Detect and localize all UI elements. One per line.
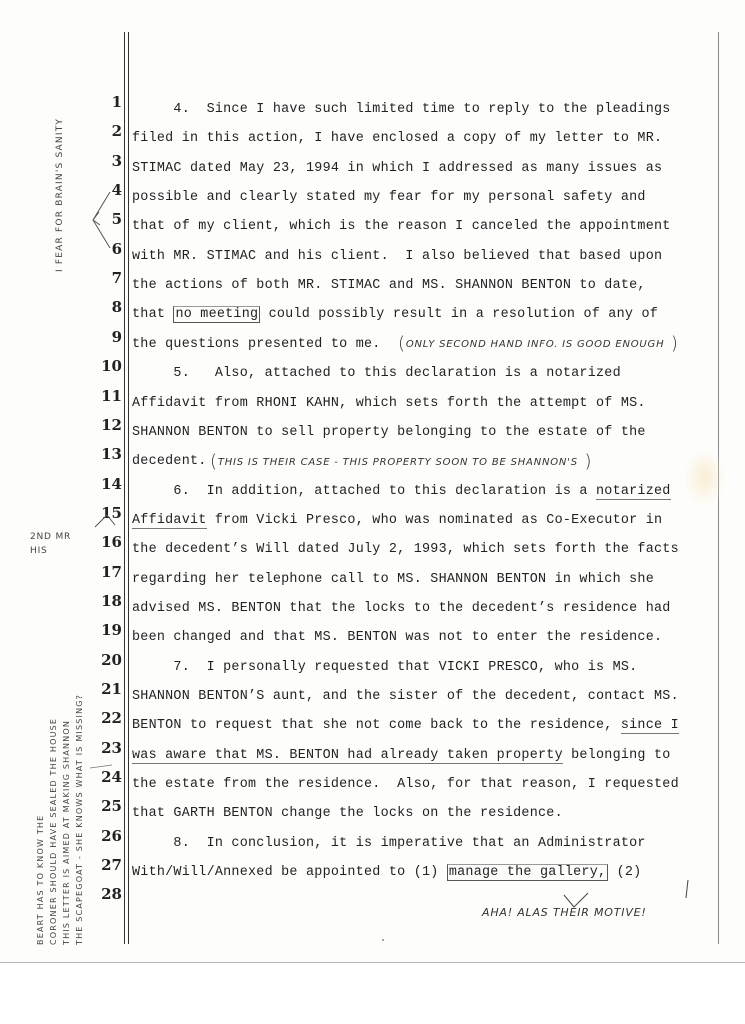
line-number: 25 bbox=[101, 797, 122, 815]
text-segment: belonging to bbox=[563, 748, 671, 763]
text-line: SHANNON BENTON to sell property belongin… bbox=[132, 424, 646, 442]
text-line: that of my client, which is the reason I… bbox=[132, 218, 671, 236]
line-number: 14 bbox=[101, 475, 122, 493]
text-line: SHANNON BENTON’S aunt, and the sister of… bbox=[132, 688, 679, 706]
text-line: STIMAC dated May 23, 1994 in which I add… bbox=[132, 160, 662, 178]
margin-note-his: HIS bbox=[30, 546, 48, 556]
text-line: that no meeting could possibly result in… bbox=[132, 306, 658, 324]
text-segment: With/Will/Annexed be appointed to (1) bbox=[132, 865, 447, 880]
text-line: the estate from the residence. Also, for… bbox=[132, 776, 679, 794]
text-line: filed in this action, I have enclosed a … bbox=[132, 130, 662, 148]
line-number: 2 bbox=[112, 122, 122, 140]
scan-background bbox=[0, 963, 745, 1024]
line-number: 9 bbox=[112, 328, 122, 346]
text-line: With/Will/Annexed be appointed to (1) ma… bbox=[132, 864, 641, 882]
line-number: 21 bbox=[101, 680, 122, 698]
line-number: 7 bbox=[112, 269, 122, 287]
text-line: advised MS. BENTON that the locks to the… bbox=[132, 600, 671, 618]
line-number: 6 bbox=[112, 240, 122, 258]
text-line: the decedent’s Will dated July 2, 1993, … bbox=[132, 541, 679, 559]
margin-note-coroner-2: CORONER SHOULD HAVE SEALED THE HOUSE bbox=[49, 718, 58, 945]
line-number: 17 bbox=[101, 563, 122, 581]
line-number: 16 bbox=[101, 533, 122, 551]
text-line: that GARTH BENTON change the locks on th… bbox=[132, 805, 563, 823]
line-number: 15 bbox=[101, 504, 122, 522]
line-number: 10 bbox=[101, 357, 122, 375]
margin-note-coroner-1: BEART HAS TO KNOW THE bbox=[36, 815, 45, 945]
line-number: 18 bbox=[101, 592, 122, 610]
text-line: the actions of both MR. STIMAC and MS. S… bbox=[132, 277, 646, 295]
left-margin-rule-inner bbox=[128, 32, 129, 944]
handwritten-note-line-13: (THIS IS THEIR CASE - THIS PROPERTY SOON… bbox=[210, 451, 592, 472]
boxed-phrase: no meeting bbox=[173, 306, 260, 323]
left-margin-rule-outer bbox=[124, 32, 125, 944]
handwritten-note-motive: AHA! ALAS THEIR MOTIVE! bbox=[482, 906, 647, 919]
text-line: the questions presented to me. bbox=[132, 336, 389, 354]
underlined-phrase: was aware that MS. BENTON had already ta… bbox=[132, 748, 563, 764]
line-number: 24 bbox=[101, 768, 122, 786]
text-line: was aware that MS. BENTON had already ta… bbox=[132, 747, 671, 765]
text-segment: BENTON to request that she not come back… bbox=[132, 718, 621, 733]
line-number: 12 bbox=[101, 416, 122, 434]
line-number: 1 bbox=[112, 93, 122, 111]
line-number: 27 bbox=[101, 856, 122, 874]
margin-note-2nd-mr: 2ND MR bbox=[30, 532, 71, 542]
text-line: with MR. STIMAC and his client. I also b… bbox=[132, 248, 662, 266]
text-segment: 6. In addition, attached to this declara… bbox=[132, 484, 596, 499]
text-line: 5. Also, attached to this declaration is… bbox=[132, 365, 621, 383]
line-number: 23 bbox=[101, 739, 122, 757]
line-number: 8 bbox=[112, 298, 122, 316]
line-number: 20 bbox=[101, 651, 122, 669]
line-number: 19 bbox=[101, 621, 122, 639]
text-segment: from Vicki Presco, who was nominated as … bbox=[207, 513, 663, 528]
text-segment: (2) bbox=[608, 865, 641, 880]
line-number: 26 bbox=[101, 827, 122, 845]
line-number: 11 bbox=[101, 387, 122, 405]
text-line: Affidavit from Vicki Presco, who was nom… bbox=[132, 512, 662, 530]
text-line: 7. I personally requested that VICKI PRE… bbox=[132, 659, 637, 677]
handwritten-note-line-9: (ONLY SECOND HAND INFO. IS GOOD ENOUGH ) bbox=[398, 333, 679, 354]
text-line: 4. Since I have such limited time to rep… bbox=[132, 101, 671, 119]
boxed-phrase: manage the gallery, bbox=[447, 864, 608, 881]
line-number: 5 bbox=[112, 210, 122, 228]
text-line: 8. In conclusion, it is imperative that … bbox=[132, 835, 646, 853]
line-number: 3 bbox=[112, 152, 122, 170]
document-page: 1234567891011121314151617181920212223242… bbox=[0, 0, 745, 963]
line-number: 22 bbox=[101, 709, 122, 727]
text-segment: could possibly result in a resolution of… bbox=[260, 307, 658, 322]
text-line: possible and clearly stated my fear for … bbox=[132, 189, 646, 207]
underlined-phrase: Affidavit bbox=[132, 513, 207, 529]
text-line: decedent. bbox=[132, 453, 215, 471]
line-number: 28 bbox=[101, 885, 122, 903]
text-line: Affidavit from RHONI KAHN, which sets fo… bbox=[132, 395, 646, 413]
text-line: regarding her telephone call to MS. SHAN… bbox=[132, 571, 654, 589]
text-segment: that bbox=[132, 307, 173, 322]
margin-note-sanity: I FEAR FOR BRAIN'S SANITY bbox=[55, 118, 65, 272]
margin-note-coroner-3: THIS LETTER IS AIMED AT MAKING SHANNON bbox=[62, 720, 71, 945]
line-number: 13 bbox=[101, 445, 122, 463]
underlined-phrase: notarized bbox=[596, 484, 671, 500]
text-line: 6. In addition, attached to this declara… bbox=[132, 483, 671, 501]
underlined-phrase: since I bbox=[621, 718, 679, 734]
margin-note-coroner-4: THE SCAPEGOAT - SHE KNOWS WHAT IS MISSIN… bbox=[75, 694, 84, 945]
paper-stain bbox=[685, 450, 725, 505]
text-line: been changed and that MS. BENTON was not… bbox=[132, 629, 662, 647]
line-number: 4 bbox=[112, 181, 122, 199]
text-line: BENTON to request that she not come back… bbox=[132, 717, 679, 735]
